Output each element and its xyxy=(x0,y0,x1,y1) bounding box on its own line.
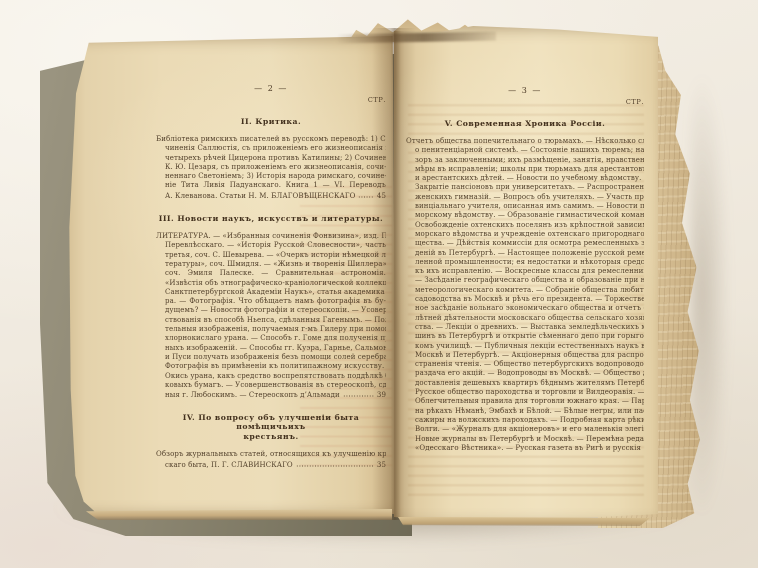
text-line: Окись урана, какъ средство воспрепятство… xyxy=(156,372,386,381)
entry-last-text: скаго быта, П. Г. СЛАВИНСКАГО xyxy=(165,461,293,470)
dot-leader xyxy=(343,390,374,397)
entry-last-line: А. Клеванова. Статьи Н. М. БЛАГОВѢЩЕНСКА… xyxy=(156,191,386,201)
section-heading-chronicle: V. Современная Хроника Россіи. xyxy=(406,119,644,128)
page-number-left: — 2 — xyxy=(156,84,386,93)
text-line: Облегчительныя правила для торговли южна… xyxy=(406,397,644,406)
text-line: Обзоръ журнальныхъ статей, относящихся к… xyxy=(156,450,386,459)
text-line: метеорологическаго комитета. — Собраніе … xyxy=(406,286,644,295)
text-line: зоръ за заключенными; ихъ размѣщеніе, за… xyxy=(406,156,644,165)
entry-last-line: ныя г. Любоскимъ. — Стереоскопъ д’Альмад… xyxy=(156,390,386,400)
text-line: и арестантскихъ дѣтей. — Новости по учеб… xyxy=(406,174,644,183)
text-line: ковыхъ бумагъ. — Усовершенствованія въ с… xyxy=(156,381,386,390)
section-heading-critique: II. Критика. xyxy=(156,117,386,126)
section-heading-peasants-line1: IV. По вопросу объ улучшеніи быта помѣщи… xyxy=(156,413,386,431)
text-line: о пенитенціарной системѣ. — Состояніе на… xyxy=(406,146,644,155)
text-line: ное засѣданіе вольнаго экономическаго об… xyxy=(406,304,644,313)
dot-leader xyxy=(358,191,373,198)
page-ref: 35 xyxy=(377,461,386,470)
toc-entry-chronicle: Отчетъ общества попечительнаго о тюрьмах… xyxy=(406,137,644,453)
text-line: садоводства въ Москвѣ и рѣчь его президе… xyxy=(406,295,644,304)
page-ref: 45 xyxy=(377,192,386,201)
section-heading-peasants-line2: крестьянъ. xyxy=(156,432,386,441)
left-page-text-column: — 2 — СТР. II. Критика. Библіотека римск… xyxy=(156,84,386,470)
text-line: щества. — Дѣйствія коммиссіи для осмотра… xyxy=(406,239,644,248)
text-line: и Пуси получать изображенія безъ помощи … xyxy=(156,353,386,362)
entry-lines: Обзоръ журнальныхъ статей, относящихся к… xyxy=(156,450,386,459)
text-line: Отчетъ общества попечительнаго о тюрьмах… xyxy=(406,137,644,146)
entry-last-text: А. Клеванова. Статьи Н. М. БЛАГОВѢЩЕНСКА… xyxy=(165,192,355,201)
text-line: мѣры въ исправленіи; школы при тюрьмахъ … xyxy=(406,165,644,174)
text-line: Фотографія въ примѣненіи къ политипажном… xyxy=(156,362,386,371)
text-line: Волги. — «Журналъ для акціонеровъ» и его… xyxy=(406,425,644,434)
section-heading-news: III. Новости наукъ, искусствъ и литерату… xyxy=(156,214,386,223)
photo-backdrop: — 2 — СТР. II. Критика. Библіотека римск… xyxy=(0,0,758,568)
text-line: лѣтней дѣятельности московскаго общества… xyxy=(406,314,644,323)
column-label-right: СТР. xyxy=(406,98,644,106)
text-line: дущемъ? — Новости фотографіи и стереоско… xyxy=(156,306,386,315)
text-line: ленной промышленности; ея недостатки и н… xyxy=(406,258,644,267)
text-line: морскому вѣдомству. — Образованіе гимнас… xyxy=(406,211,644,220)
toc-entry-literature: ЛИТЕРАТУРА. — «Избранныя сочиненія Фонви… xyxy=(156,232,386,400)
text-line: Закрытіе пансіоновъ при университетахъ. … xyxy=(406,183,644,192)
entry-last-line: скаго быта, П. Г. СЛАВИНСКАГО 35 xyxy=(156,460,386,470)
text-line: неннаго Светоніемъ; 3) Исторія народа ри… xyxy=(156,172,386,181)
text-line: ства. — Лекціи о древнихъ. — Выставка зе… xyxy=(406,323,644,332)
entry-lines: ЛИТЕРАТУРА. — «Избранныя сочиненія Фонви… xyxy=(156,232,386,390)
text-line: Библіотека римскихъ писателей въ русском… xyxy=(156,135,386,144)
text-line: — Засѣданіе географическаго общества и о… xyxy=(406,276,644,285)
text-line: раздача его акцій. — Водопроводы въ Моск… xyxy=(406,369,644,378)
text-line: шинъ въ Петербургѣ и открытіе сѣменнаго … xyxy=(406,332,644,341)
text-line: хлорнокислаго урана. — Способъ г. Гоме д… xyxy=(156,334,386,343)
text-line: сажиры на волжскихъ пароходахъ. — Подроб… xyxy=(406,416,644,425)
text-line: доставленія дешевыхъ квартиръ бѣднымъ жи… xyxy=(406,379,644,388)
text-line: чиненія Саллюстія, съ приложеніемъ его ж… xyxy=(156,144,386,153)
right-page: — 3 — СТР. V. Современная Хроника Россіи… xyxy=(394,26,658,522)
text-line: морскаго вѣдомства и учрежденіе охтенска… xyxy=(406,230,644,239)
text-line: комъ училищѣ. — Публичныя лекціи естеств… xyxy=(406,342,644,351)
text-line: К. Ю. Цезаря, съ приложеніемъ его жизнео… xyxy=(156,163,386,172)
bottom-page-edges-right xyxy=(398,517,650,526)
toc-entry-peasant-review: Обзоръ журнальныхъ статей, относящихся к… xyxy=(156,450,386,470)
page-ref: 39 xyxy=(377,391,386,400)
text-line: ствованія въ способѣ Ньепса, сдѣланныя Г… xyxy=(156,316,386,325)
entry-lines: Библіотека римскихъ писателей въ русском… xyxy=(156,135,386,191)
entry-last-line: «Одесскаго Вѣстника». — Русская газета в… xyxy=(406,444,644,453)
text-line: третья, соч. С. Шевырева. — «Очеркъ исто… xyxy=(156,251,386,260)
right-page-text-column: — 3 — СТР. V. Современная Хроника Россіи… xyxy=(406,86,644,453)
text-line: четырехъ рѣчей Цицерона противъ Катилины… xyxy=(156,154,386,163)
text-line: на рѣкахъ Нѣманѣ, Эмбахѣ и Бѣлой. — Бѣлы… xyxy=(406,407,644,416)
text-line: винціальнаго учителя, описанная имъ сами… xyxy=(406,202,644,211)
text-line: деній въ Петербургѣ. — Настоящее положен… xyxy=(406,249,644,258)
text-line: тературы», соч. Шмидля. — «Жизнь и творе… xyxy=(156,260,386,269)
text-line: соч. Эмиля Палеске. — Сравнительная астр… xyxy=(156,269,386,278)
text-line: ЛИТЕРАТУРА. — «Избранныя сочиненія Фонви… xyxy=(156,232,386,241)
text-line: Русское общество пароходства и торговли … xyxy=(406,388,644,397)
text-line: женскихъ гимназій. — Вопросъ объ учителя… xyxy=(406,193,644,202)
entry-lines: Отчетъ общества попечительнаго о тюрьмах… xyxy=(406,137,644,444)
toc-entry-roman-library: Библіотека римскихъ писателей въ русском… xyxy=(156,135,386,201)
text-line: «Извѣстія объ этнографическо-краніологич… xyxy=(156,279,386,288)
text-line: ніе Тита Ливія Падуанскаго. Книга 1 — VI… xyxy=(156,181,386,190)
text-line: Новые журналы въ Петербургѣ и Москвѣ. — … xyxy=(406,435,644,444)
dot-leader xyxy=(296,460,374,467)
text-line: страненія чтенія. — Общество петербургск… xyxy=(406,360,644,369)
text-line: Санктпетербургской Академіи Наукъ», стат… xyxy=(156,288,386,297)
text-line: ра. — Фотографія. Что обѣщаетъ намъ фото… xyxy=(156,297,386,306)
text-line: тельныя изображенія, получаемыя г-мъ Гил… xyxy=(156,325,386,334)
column-label-left: СТР. xyxy=(156,96,386,104)
text-line: Москвѣ и Петербургѣ. — Акціонерныя общес… xyxy=(406,351,644,360)
page-number-right: — 3 — xyxy=(406,86,644,95)
text-line: Перевлѣсскаго. — «Исторія Русской Словес… xyxy=(156,241,386,250)
entry-last-text: ныя г. Любоскимъ. — Стереоскопъ д’Альмад… xyxy=(165,391,340,400)
text-line: Освобожденіе охтенскихъ поселянъ изъ крѣ… xyxy=(406,221,644,230)
text-line: ныхъ изображеній. — Способы гг. Куэра, Г… xyxy=(156,344,386,353)
text-line: къ ихъ исправленію. — Воскресные классы … xyxy=(406,267,644,276)
left-page: — 2 — СТР. II. Критика. Библіотека римск… xyxy=(62,36,396,514)
